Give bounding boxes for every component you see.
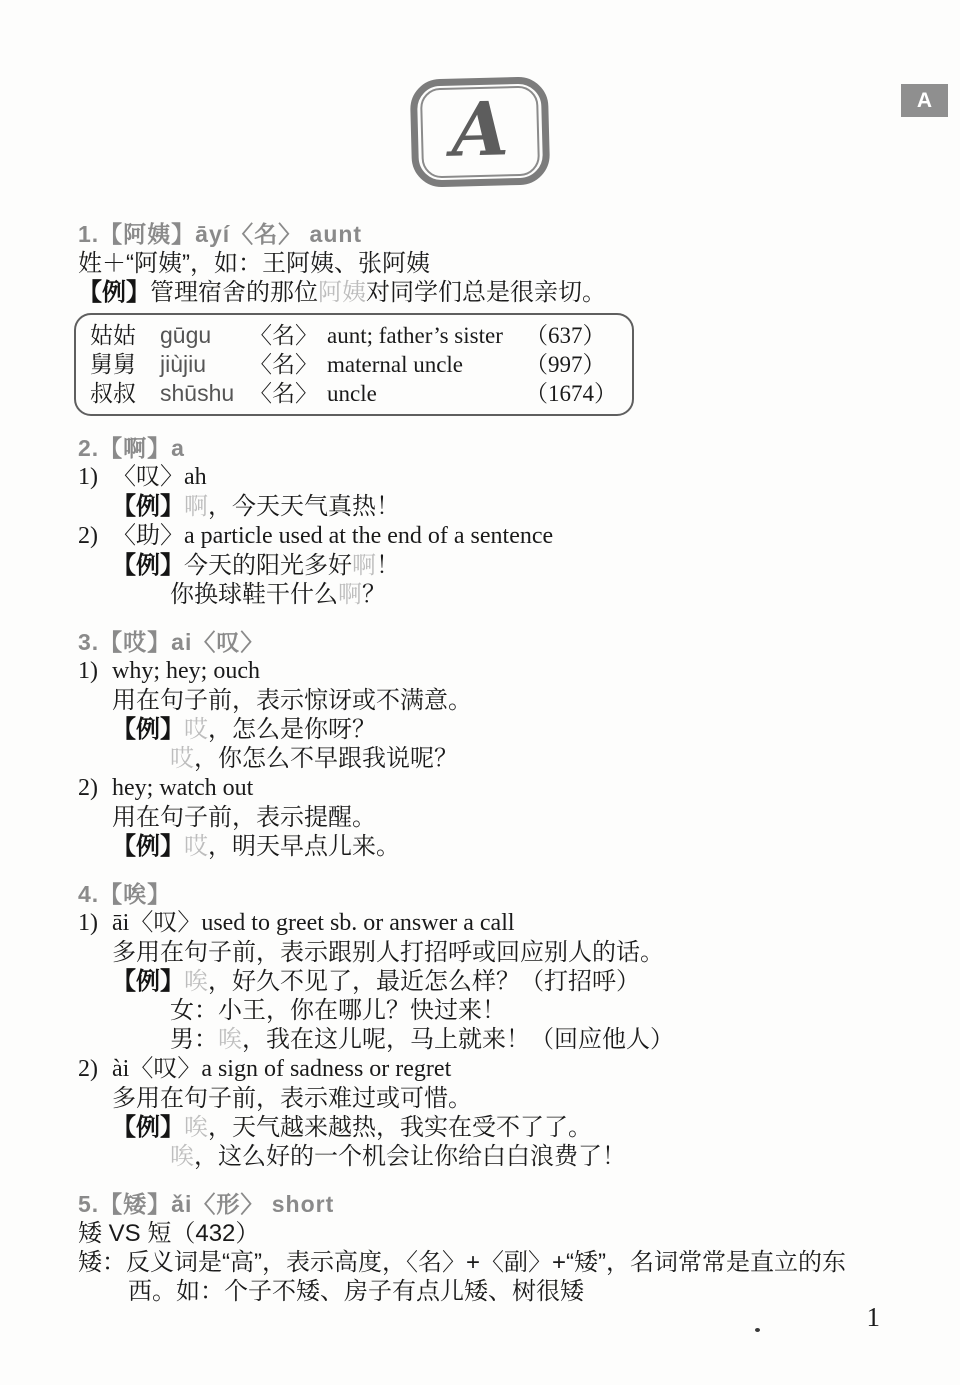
dialog-line: 女：小王，你在哪儿？快过来！ <box>112 997 890 1026</box>
sense-definition: why; hey; ouch <box>112 657 890 686</box>
headword-echo: 唉 <box>184 1115 208 1141</box>
sense-body: āi〈叹〉used to greet sb. or answer a call … <box>112 909 890 1055</box>
usage-note: 多用在句子前，表示难过或可惜。 <box>112 1084 890 1113</box>
example-label: 【例】 <box>112 833 184 860</box>
sense-definition: 〈叹〉ah <box>112 463 890 492</box>
entry-ai-sigh: 4.【唉】 1) āi〈叹〉used to greet sb. or answe… <box>78 880 890 1172</box>
hanzi-cell: 舅舅 <box>90 350 160 379</box>
example-text: ，明天早点儿来。 <box>208 834 400 860</box>
example-line: 【例】哎，怎么是你呀？ <box>112 715 890 745</box>
sense-body: why; hey; ouch 用在句子前，表示惊讶或不满意。 【例】哎，怎么是你… <box>112 657 890 774</box>
example-text: ，怎么是你呀？ <box>208 717 376 743</box>
sense-body: hey; watch out 用在句子前，表示提醒。 【例】哎，明天早点儿来。 <box>112 774 890 862</box>
entry-header: 2.【啊】a <box>78 434 890 463</box>
headword-echo: 阿姨 <box>318 280 366 306</box>
sense-item: 1) āi〈叹〉used to greet sb. or answer a ca… <box>78 909 890 1055</box>
headword-echo: 唉 <box>184 969 208 995</box>
example-line: 你换球鞋干什么啊？ <box>112 581 890 610</box>
sense-body: ài〈叹〉a sign of sadness or regret 多用在句子前，… <box>112 1055 890 1172</box>
page-edge-tab: A <box>901 84 948 117</box>
example-line: 哎，你怎么不早跟我说呢？ <box>112 745 890 774</box>
pinyin-cell: shūshu <box>160 379 249 408</box>
entry-a: 2.【啊】a 1) 〈叹〉ah 【例】啊，今天天气真热！ 2) 〈助〉a par… <box>78 434 890 610</box>
sense-item: 1) 〈叹〉ah 【例】啊，今天天气真热！ <box>78 463 890 522</box>
sense-number: 1) <box>78 909 112 1055</box>
usage-note: 用在句子前，表示提醒。 <box>112 803 890 832</box>
sense-item: 1) why; hey; ouch 用在句子前，表示惊讶或不满意。 【例】哎，怎… <box>78 657 890 774</box>
dialog-line: 男：唉，我在这儿呢，马上就来！（回应他人） <box>112 1026 890 1055</box>
page-number: 1 <box>867 1302 881 1333</box>
example-line: 【例】今天的阳光多好啊！ <box>112 551 890 581</box>
ink-speck <box>755 1328 760 1332</box>
sense-number: 1) <box>78 657 112 774</box>
example-line: 唉，这么好的一个机会让你给白白浪费了！ <box>112 1143 890 1172</box>
entry-header: 4.【唉】 <box>78 880 890 909</box>
example-text: ，天气越来越热，我实在受不了了。 <box>208 1115 592 1141</box>
example-label: 【例】 <box>112 552 184 579</box>
ref-number-cell: （1674） <box>525 379 618 408</box>
example-text: ？ <box>362 582 386 608</box>
dictionary-page: A A 1.【阿姨】āyí〈名〉 aunt 姓＋“阿姨”，如：王阿姨、张阿姨 【… <box>0 0 960 1385</box>
section-letter-badge-inner: A <box>420 85 540 178</box>
english-cell: uncle <box>327 379 525 408</box>
example-text: ，你怎么不早跟我说呢？ <box>194 746 458 772</box>
sense-definition: āi〈叹〉used to greet sb. or answer a call <box>112 909 890 938</box>
entry-ayi: 1.【阿姨】āyí〈名〉 aunt 姓＋“阿姨”，如：王阿姨、张阿姨 【例】管理… <box>78 220 890 416</box>
pinyin-cell: jiùjiu <box>160 350 249 379</box>
headword-echo: 啊 <box>338 582 362 608</box>
example-text: ，这么好的一个机会让你给白白浪费了！ <box>194 1144 626 1170</box>
related-word-row: 叔叔 shūshu 〈名〉 uncle （1674） <box>90 379 618 408</box>
sense-number: 2) <box>78 774 112 862</box>
pinyin-cell: gūgu <box>160 321 249 350</box>
headword-echo: 哎 <box>184 834 208 860</box>
pos-cell: 〈名〉 <box>249 379 327 408</box>
example-line: 【例】唉，天气越来越热，我实在受不了了。 <box>112 1113 890 1143</box>
hanzi-cell: 叔叔 <box>90 379 160 408</box>
example-text: ，我在这儿呢，马上就来！（回应他人） <box>242 1027 674 1053</box>
pos-cell: 〈名〉 <box>249 321 327 350</box>
headword-echo: 唉 <box>170 1144 194 1170</box>
example-text: ，好久不见了，最近怎么样？（打招呼） <box>208 969 640 995</box>
sense-item: 2) hey; watch out 用在句子前，表示提醒。 【例】哎，明天早点儿… <box>78 774 890 862</box>
english-cell: maternal uncle <box>327 350 525 379</box>
sense-number: 2) <box>78 1055 112 1172</box>
example-text: 今天的阳光多好 <box>184 553 352 579</box>
sense-number: 2) <box>78 522 112 610</box>
sense-item: 2) ài〈叹〉a sign of sadness or regret 多用在句… <box>78 1055 890 1172</box>
usage-note: 多用在句子前，表示跟别人打招呼或回应别人的话。 <box>112 938 890 967</box>
example-label: 【例】 <box>112 493 184 520</box>
entry-header: 3.【哎】ai〈叹〉 <box>78 628 890 657</box>
headword-echo: 哎 <box>170 746 194 772</box>
related-word-row: 舅舅 jiùjiu 〈名〉 maternal uncle （997） <box>90 350 618 379</box>
example-label: 【例】 <box>112 716 184 743</box>
example-text: 你换球鞋干什么 <box>170 582 338 608</box>
english-cell: aunt; father’s sister <box>327 321 525 350</box>
sense-body: 〈叹〉ah 【例】啊，今天天气真热！ <box>112 463 890 522</box>
example-line: 【例】哎，明天早点儿来。 <box>112 832 890 862</box>
example-text: 管理宿舍的那位 <box>150 280 318 306</box>
example-text: 对同学们总是很亲切。 <box>366 280 606 306</box>
sense-item: 2) 〈助〉a particle used at the end of a se… <box>78 522 890 610</box>
pos-cell: 〈名〉 <box>249 350 327 379</box>
usage-note: 用在句子前，表示惊讶或不满意。 <box>112 686 890 715</box>
example-label: 【例】 <box>78 279 150 306</box>
usage-note: 西。如：个子不矮、房子有点儿矮、树很矮 <box>78 1277 890 1306</box>
sense-body: 〈助〉a particle used at the end of a sente… <box>112 522 890 610</box>
ref-number-cell: （997） <box>525 350 618 379</box>
usage-line: 姓＋“阿姨”，如：王阿姨、张阿姨 <box>78 249 890 278</box>
entry-ai-short: 5.【矮】ǎi〈形〉 short 矮 VS 短（432） 矮：反义词是“高”，表… <box>78 1190 890 1306</box>
tab-letter: A <box>917 89 932 113</box>
related-words-box: 姑姑 gūgu 〈名〉 aunt; father’s sister （637） … <box>74 313 634 416</box>
page-content: 1.【阿姨】āyí〈名〉 aunt 姓＋“阿姨”，如：王阿姨、张阿姨 【例】管理… <box>0 186 960 1306</box>
headword-echo: 啊 <box>184 494 208 520</box>
example-line: 【例】管理宿舍的那位阿姨对同学们总是很亲切。 <box>78 278 890 308</box>
example-line: 【例】唉，好久不见了，最近怎么样？（打招呼） <box>112 967 890 997</box>
sense-definition: hey; watch out <box>112 774 890 803</box>
ref-number-cell: （637） <box>525 321 618 350</box>
entry-header: 1.【阿姨】āyí〈名〉 aunt <box>78 220 890 249</box>
section-letter-badge: A <box>410 76 551 188</box>
example-text: ！ <box>376 553 400 579</box>
headword-echo: 唉 <box>218 1027 242 1053</box>
dialog-speaker: 男： <box>170 1027 218 1053</box>
hanzi-cell: 姑姑 <box>90 321 160 350</box>
example-line: 【例】啊，今天天气真热！ <box>112 492 890 522</box>
sense-definition: 〈助〉a particle used at the end of a sente… <box>112 522 890 551</box>
usage-note: 矮：反义词是“高”，表示高度，〈名〉+〈副〉+“矮”，名词常常是直立的东 <box>78 1248 890 1277</box>
example-label: 【例】 <box>112 968 184 995</box>
sense-definition: ài〈叹〉a sign of sadness or regret <box>112 1055 890 1084</box>
vs-reference-line: 矮 VS 短（432） <box>78 1219 890 1248</box>
example-label: 【例】 <box>112 1114 184 1141</box>
entry-ai-hey: 3.【哎】ai〈叹〉 1) why; hey; ouch 用在句子前，表示惊讶或… <box>78 628 890 862</box>
related-word-row: 姑姑 gūgu 〈名〉 aunt; father’s sister （637） <box>90 321 618 350</box>
entry-header: 5.【矮】ǎi〈形〉 short <box>78 1190 890 1219</box>
example-text: ，今天天气真热！ <box>208 494 400 520</box>
headword-echo: 哎 <box>184 717 208 743</box>
headword-echo: 啊 <box>352 553 376 579</box>
section-letter: A <box>450 92 509 167</box>
sense-number: 1) <box>78 463 112 522</box>
